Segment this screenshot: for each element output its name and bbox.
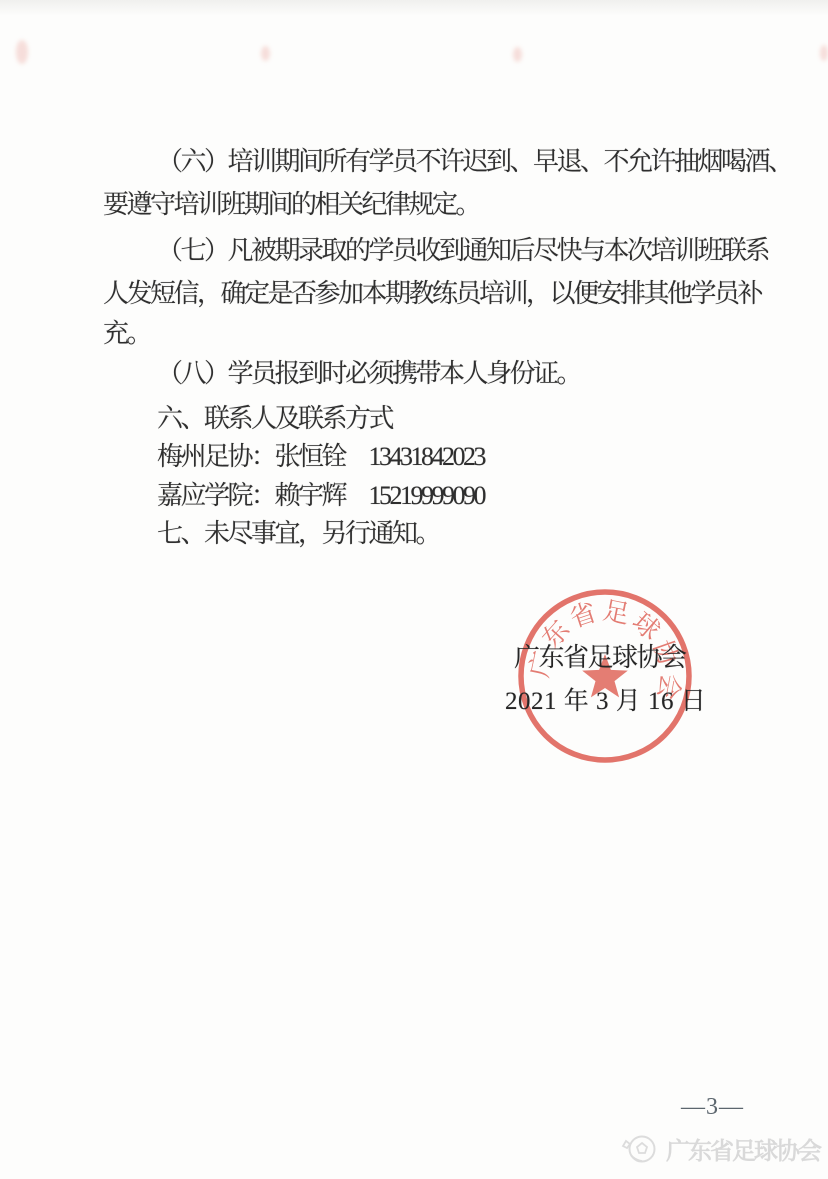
signature-date: 2021 年 3 月 16 日 [505, 681, 706, 717]
section-heading-misc: 七、未尽事宜，另行通知。 [157, 513, 439, 550]
section-heading-contacts: 六、联系人及联系方式 [157, 398, 392, 435]
contact-line-meizhou: 梅州足协：张恒铨 13431842023 [157, 436, 484, 473]
signature-organization: 广东省足球协会 [514, 637, 686, 674]
body-line: （七）凡被期录取的学员收到通知后尽快与本次培训班联系 [157, 230, 768, 267]
watermark-text: 广东省足球协会 [666, 1131, 820, 1166]
body-line: （八）学员报到时必须携带本人身份证。 [157, 353, 580, 390]
body-line: （六）培训期间所有学员不许迟到、早退、不允许抽烟喝酒、 [157, 141, 792, 178]
document-body: （六）培训期间所有学员不许迟到、早退、不允许抽烟喝酒、 要遵守培训班期间的相关纪… [0, 0, 828, 1179]
footer-watermark: 广东省足球协会 [617, 1129, 820, 1167]
contact-line-jiaying: 嘉应学院：赖宇辉 15219999090 [157, 475, 484, 512]
page-number: —3— [681, 1094, 744, 1121]
football-association-logo-icon [617, 1129, 659, 1167]
body-line: 充。 [103, 313, 150, 350]
official-seal: 广东省足球协会 [515, 586, 695, 766]
body-line: 要遵守培训班期间的相关纪律规定。 [103, 184, 479, 221]
document-page: { "document": { "body_lines": [ { "text"… [0, 0, 828, 1179]
body-line: 人发短信，确定是否参加本期教练员培训，以便安排其他学员补 [103, 273, 761, 310]
